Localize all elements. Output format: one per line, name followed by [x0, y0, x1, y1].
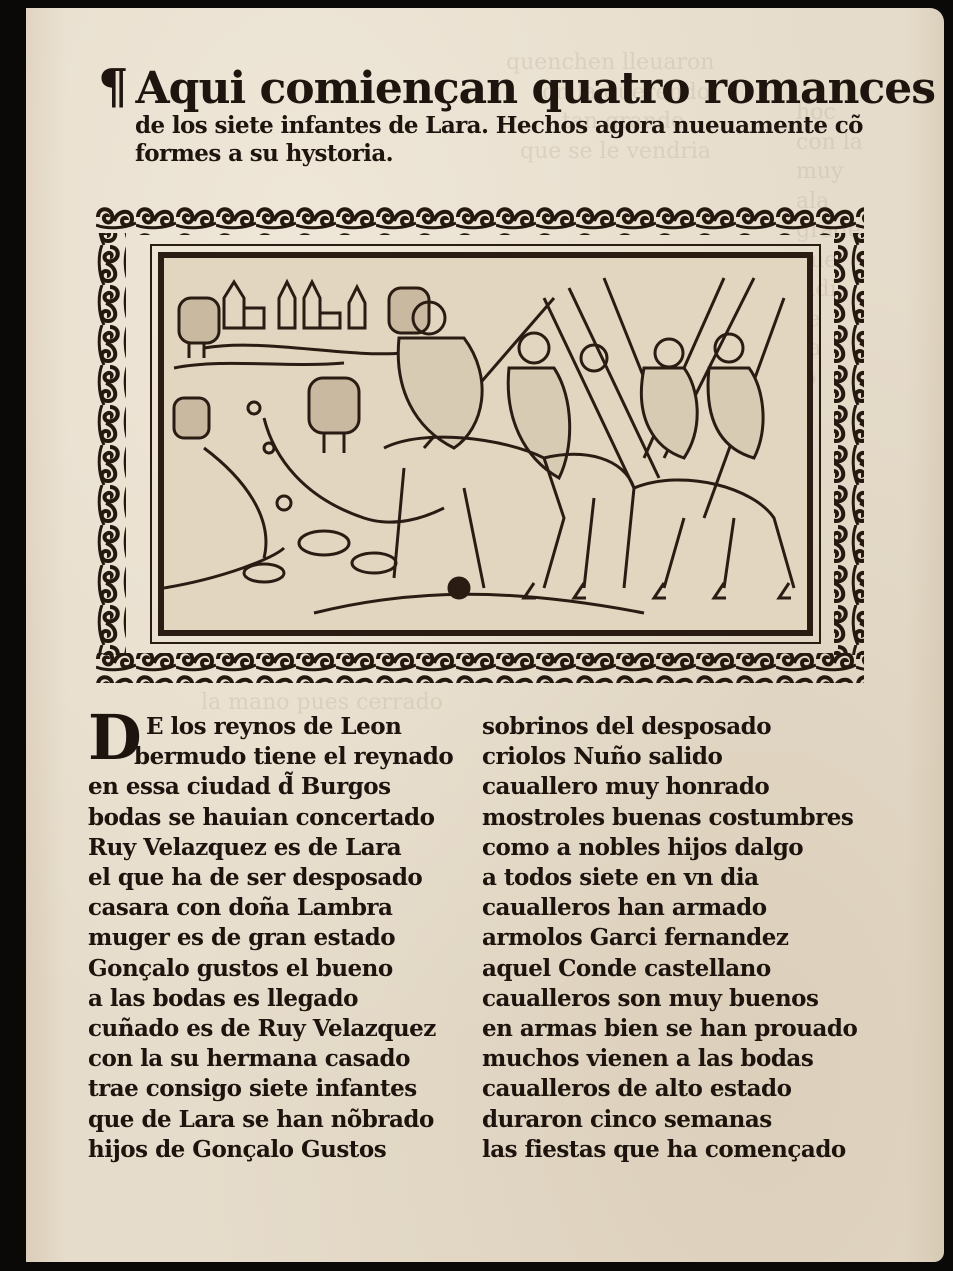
verse-line: a las bodas es llegado [88, 984, 453, 1014]
verse-line: caualleros de alto estado [482, 1074, 857, 1104]
page-title: ¶Aqui comiençan quatro romances [98, 62, 888, 114]
verse-line: como a nobles hijos dalgo [482, 833, 857, 863]
verse-line: casara con doña Lambra [88, 893, 453, 923]
verse-column-right: sobrinos del desposado criolos Nuño sali… [482, 712, 857, 1165]
verse-line: aquel Conde castellano [482, 954, 857, 984]
verse-line: en armas bien se han prouado [482, 1014, 857, 1044]
subtitle: de los siete infantes de Lara. Hechos ag… [135, 112, 880, 168]
verse-column-left: E los reynos de Leon bermudo tiene el re… [134, 712, 453, 1165]
verse-line: mostroles buenas costumbres [482, 803, 857, 833]
verse-line: criolos Nuño salido [482, 742, 857, 772]
verse-line: que de Lara se han nõbrado [88, 1105, 453, 1135]
verse-line: caualleros han armado [482, 893, 857, 923]
woodcut-illustration [158, 252, 813, 636]
verse-line: caualleros son muy buenos [482, 984, 857, 1014]
verse-line: duraron cinco semanas [482, 1105, 857, 1135]
verse-line: E los reynos de Leon [146, 712, 453, 742]
verse-line: cauallero muy honrado [482, 772, 857, 802]
verse-line: Ruy Velazquez es de Lara [88, 833, 453, 863]
verse-line: armolos Garci fernandez [482, 923, 857, 953]
verse-line: sobrinos del desposado [482, 712, 857, 742]
title-text: Aqui comiençan quatro romances [136, 63, 936, 114]
verse-line: a todos siete en vn dia [482, 863, 857, 893]
verse-line: el que ha de ser desposado [88, 863, 453, 893]
verse-line: con la su hermana casado [88, 1044, 453, 1074]
verse-line: las fiestas que ha començado [482, 1135, 857, 1165]
verse-line: cuñado es de Ruy Velazquez [88, 1014, 453, 1044]
verse-line: trae consigo siete infantes [88, 1074, 453, 1104]
verse-line: en essa ciudad d̃ Burgos [88, 772, 453, 802]
verse-line: muger es de gran estado [88, 923, 453, 953]
verse-line: bodas se hauian concertado [88, 803, 453, 833]
subtitle-line: de los siete infantes de Lara. Hechos ag… [135, 112, 880, 140]
subtitle-line: formes a su hystoria. [135, 140, 880, 168]
drop-cap: D [88, 708, 138, 768]
verse-line: bermudo tiene el reynado [134, 742, 453, 772]
verse-line: muchos vienen a las bodas [482, 1044, 857, 1074]
woodcut-scene-icon [164, 258, 807, 630]
pilcrow-mark: ¶ [98, 59, 128, 115]
verse-line: hijos de Gonçalo Gustos [88, 1135, 453, 1165]
verse-line: Gonçalo gustos el bueno [88, 954, 453, 984]
